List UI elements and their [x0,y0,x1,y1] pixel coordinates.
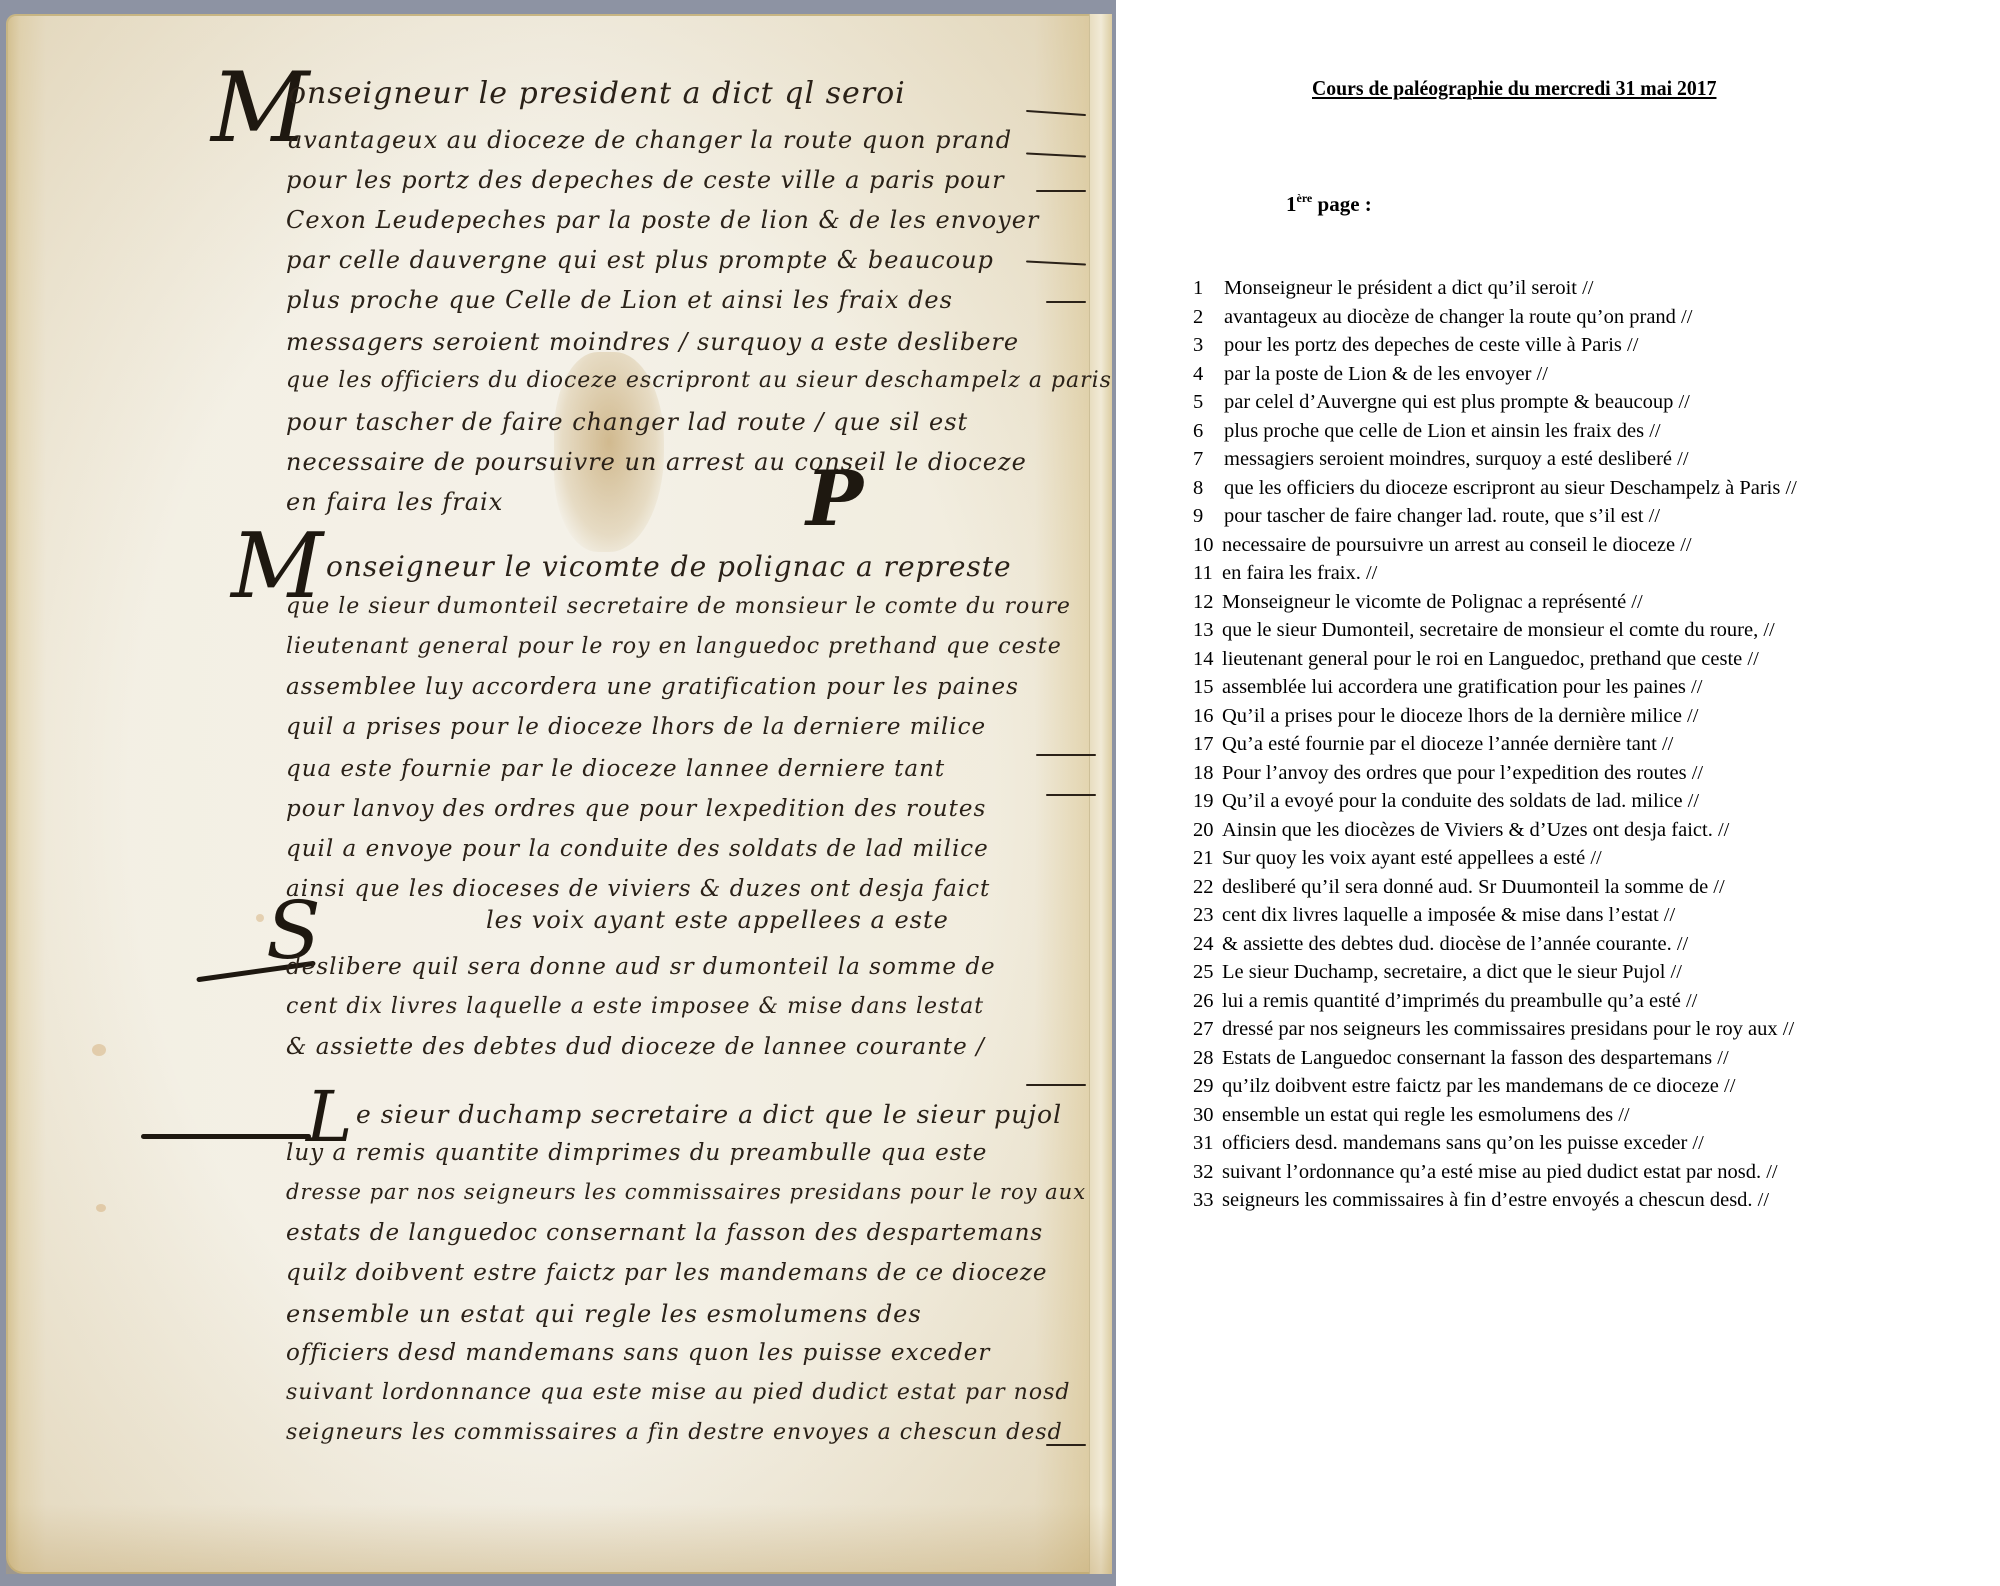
line-text: Pour l’anvoy des ordres que pour l’exped… [1222,762,1703,784]
line-text: Estats de Languedoc consernant la fasson… [1222,1047,1729,1069]
hand-line: pour les portz des depeches de ceste vil… [286,166,1005,194]
hand-line: que le sieur dumonteil secretaire de mon… [286,594,1071,619]
line-text: Qu’il a evoyé pour la conduite des solda… [1222,790,1699,812]
hand-line: quil a prises pour le dioceze lhors de l… [286,714,986,740]
hand-line: par celle dauvergne qui est plus prompte… [286,246,994,274]
transcription-line: 5par celel d’Auvergne qui est plus promp… [1193,388,1797,417]
transcription-line: 29qu’ilz doibvent estre faictz par les m… [1193,1072,1797,1101]
transcription-line: 20Ainsin que les diocèzes de Viviers & d… [1193,816,1797,845]
hand-line: necessaire de poursuivre un arrest au co… [286,448,1027,476]
line-filler-dash [1026,260,1086,265]
transcription-line: 28Estats de Languedoc consernant la fass… [1193,1044,1797,1073]
line-number: 1 [1193,274,1224,303]
hand-line: quilz doibvent estre faictz par les mand… [286,1260,1048,1286]
line-text: lieutenant general pour le roi en Langue… [1222,648,1759,670]
line-text: Monseigneur le président a dict qu’il se… [1224,277,1593,299]
line-text: Sur quoy les voix ayant esté appellees a… [1222,847,1602,869]
line-number: 20 [1193,816,1222,845]
transcription-line: 10necessaire de poursuivre un arrest au … [1193,531,1797,560]
line-number: 23 [1193,901,1222,930]
hand-line: ensemble un estat qui regle les esmolume… [286,1300,922,1328]
hand-line: cent dix livres laquelle a este imposee … [286,994,984,1019]
line-text: avantageux au diocèze de changer la rout… [1224,306,1692,328]
line-text: dressé par nos seigneurs les commissaire… [1222,1018,1794,1040]
transcription-line: 12Monseigneur le vicomte de Polignac a r… [1193,588,1797,617]
hand-line: messagers seroient moindres / surquoy a … [286,328,1019,356]
page-ordinal: ère [1297,191,1313,205]
line-number: 4 [1193,360,1224,389]
hand-line: onseigneur le vicomte de polignac a repr… [326,550,1012,583]
line-text: seigneurs les commissaires à fin d’estre… [1222,1189,1769,1211]
hand-line: lieutenant general pour le roy en langue… [286,634,1062,659]
page-word: page : [1312,192,1372,216]
line-text: Le sieur Duchamp, secretaire, a dict que… [1222,961,1682,983]
transcription-line: 17Qu’a esté fournie par el dioceze l’ann… [1193,730,1797,759]
line-number: 28 [1193,1044,1222,1073]
transcription-line: 26lui a remis quantité d’imprimés du pre… [1193,987,1797,1016]
transcription-line: 9pour tascher de faire changer lad. rout… [1193,502,1797,531]
line-text: necessaire de poursuivre un arrest au co… [1222,534,1692,556]
hand-line: e sieur duchamp secretaire a dict que le… [356,1100,1062,1129]
transcription-line: 6plus proche que celle de Lion et ainsin… [1193,417,1797,446]
line-number: 14 [1193,645,1222,674]
line-text: lui a remis quantité d’imprimés du pream… [1222,990,1697,1012]
line-number: 31 [1193,1129,1222,1158]
line-number: 27 [1193,1015,1222,1044]
line-number: 10 [1193,531,1222,560]
line-text: que le sieur Dumonteil, secretaire de mo… [1222,619,1775,641]
hand-line: plus proche que Celle de Lion et ainsi l… [286,286,953,314]
line-number: 6 [1193,417,1224,446]
transcription-line: 18Pour l’anvoy des ordres que pour l’exp… [1193,759,1797,788]
line-text: assemblée lui accordera une gratificatio… [1222,676,1702,698]
hand-line: suivant lordonnance qua este mise au pie… [286,1380,1070,1405]
line-number: 21 [1193,844,1222,873]
page-bottom-wear [6,1504,1112,1574]
hand-line: Cexon Leudepeches par la poste de lion &… [286,206,1039,234]
hand-line: ainsi que les dioceses de viviers & duze… [286,876,990,902]
line-number: 8 [1193,474,1224,503]
line-text: ensemble un estat qui regle les esmolume… [1222,1104,1630,1126]
line-filler-dash [1026,152,1086,157]
line-number: 26 [1193,987,1222,1016]
foxing-spot [92,1044,106,1056]
hand-line: & assiette des debtes dud dioceze de lan… [286,1034,985,1060]
transcription-line: 15assemblée lui accordera une gratificat… [1193,673,1797,702]
line-number: 33 [1193,1186,1222,1215]
line-text: suivant l’ordonnance qu’a esté mise au p… [1222,1161,1778,1183]
hand-line: onseigneur le president a dict ql seroi [288,76,906,111]
line-text: Qu’a esté fournie par el dioceze l’année… [1222,733,1673,755]
course-title: Cours de paléographie du mercredi 31 mai… [1312,76,1716,101]
line-number: 5 [1193,388,1224,417]
line-filler-dash [1046,794,1096,796]
line-text: en faira les fraix. // [1222,562,1377,584]
line-text: messagiers seroient moindres, surquoy a … [1224,448,1689,470]
line-filler-dash [1026,1084,1086,1086]
hand-line: estats de languedoc consernant la fasson… [286,1220,1043,1246]
transcription-line: 11en faira les fraix. // [1193,559,1797,588]
line-text: pour tascher de faire changer lad. route… [1224,505,1660,527]
hand-line: quil a envoye pour la conduite des solda… [286,836,989,862]
transcription-line: 21Sur quoy les voix ayant esté appellees… [1193,844,1797,873]
transcription-line: 32suivant l’ordonnance qu’a esté mise au… [1193,1158,1797,1187]
transcription-line: 30ensemble un estat qui regle les esmolu… [1193,1101,1797,1130]
line-number: 24 [1193,930,1222,959]
transcription-line: 2avantageux au diocèze de changer la rou… [1193,303,1797,332]
transcription-line: 13que le sieur Dumonteil, secretaire de … [1193,616,1797,645]
transcription-panel: Cours de paléographie du mercredi 31 mai… [1116,0,2000,1586]
line-text: plus proche que celle de Lion et ainsin … [1224,420,1661,442]
manuscript-photo: M M P S L onseigneur le president a dict… [0,0,1116,1586]
line-number: 2 [1193,303,1224,332]
line-number: 13 [1193,616,1222,645]
line-number: 16 [1193,702,1222,731]
transcription-line: 31officiers desd. mandemans sans qu’on l… [1193,1129,1797,1158]
transcription-line: 7messagiers seroient moindres, surquoy a… [1193,445,1797,474]
transcription-line: 33seigneurs les commissaires à fin d’est… [1193,1186,1797,1215]
hand-line: avantageux au dioceze de changer la rout… [288,126,1012,154]
hand-line: les voix ayant este appellees a este [486,906,949,934]
line-text: desliberé qu’il sera donné aud. Sr Duumo… [1222,876,1725,898]
transcription-line: 27dressé par nos seigneurs les commissai… [1193,1015,1797,1044]
transcription-line: 3pour les portz des depeches de ceste vi… [1193,331,1797,360]
page-number: 1 [1286,192,1297,216]
manuscript-page: M M P S L onseigneur le president a dict… [6,14,1112,1574]
transcription-lines: 1Monseigneur le président a dict qu’il s… [1193,274,1797,1215]
line-number: 3 [1193,331,1224,360]
line-number: 25 [1193,958,1222,987]
line-number: 15 [1193,673,1222,702]
transcription-line: 14lieutenant general pour le roi en Lang… [1193,645,1797,674]
line-text: Qu’il a prises pour le dioceze lhors de … [1222,705,1698,727]
line-filler-dash [1036,190,1086,192]
line-number: 30 [1193,1101,1222,1130]
hand-line: officiers desd mandemans sans quon les p… [286,1340,990,1366]
hand-line: luy a remis quantite dimprimes du preamb… [286,1140,987,1166]
line-filler-dash [1036,754,1096,756]
flourish-stroke [141,1134,311,1139]
line-filler-dash [1046,301,1086,303]
line-number: 19 [1193,787,1222,816]
line-text: cent dix livres laquelle a imposée & mis… [1222,904,1675,926]
transcription-line: 25Le sieur Duchamp, secretaire, a dict q… [1193,958,1797,987]
transcription-line: 8que les officiers du dioceze escripront… [1193,474,1797,503]
line-text: Monseigneur le vicomte de Polignac a rep… [1222,591,1643,613]
line-number: 7 [1193,445,1224,474]
transcription-line: 4par la poste de Lion & de les envoyer /… [1193,360,1797,389]
line-number: 17 [1193,730,1222,759]
hand-line: en faira les fraix [286,488,503,516]
line-text: qu’ilz doibvent estre faictz par les man… [1222,1075,1735,1097]
line-text: pour les portz des depeches de ceste vil… [1224,334,1638,356]
page-label: 1ère page : [1286,191,1372,217]
hand-line: pour lanvoy des ordres que pour lexpedit… [286,796,986,822]
foxing-spot [256,914,264,922]
hand-line: que les officiers du dioceze escripront … [286,368,1112,393]
hand-line: seigneurs les commissaires a fin destre … [286,1420,1063,1445]
hand-line: assemblee luy accordera une gratificatio… [286,674,1019,700]
line-text: Ainsin que les diocèzes de Viviers & d’U… [1222,819,1729,841]
hand-line: dresse par nos seigneurs les commissaire… [286,1180,1086,1204]
line-text: que les officiers du dioceze escripront … [1224,477,1797,499]
line-number: 9 [1193,502,1224,531]
line-number: 12 [1193,588,1222,617]
line-text: par celel d’Auvergne qui est plus prompt… [1224,391,1690,413]
hand-line: qua este fournie par le dioceze lannee d… [286,756,945,782]
line-filler-dash [1026,110,1086,116]
transcription-line: 16Qu’il a prises pour le dioceze lhors d… [1193,702,1797,731]
line-number: 32 [1193,1158,1222,1187]
transcription-line: 19Qu’il a evoyé pour la conduite des sol… [1193,787,1797,816]
line-number: 18 [1193,759,1222,788]
transcription-line: 22desliberé qu’il sera donné aud. Sr Duu… [1193,873,1797,902]
line-text: & assiette des debtes dud. diocèse de l’… [1222,933,1688,955]
transcription-line: 1Monseigneur le président a dict qu’il s… [1193,274,1797,303]
hand-line: deslibere quil sera donne aud sr dumonte… [286,954,996,980]
line-text: par la poste de Lion & de les envoyer // [1224,363,1548,385]
transcription-line: 23cent dix livres laquelle a imposée & m… [1193,901,1797,930]
line-number: 11 [1193,559,1222,588]
line-text: officiers desd. mandemans sans qu’on les… [1222,1132,1704,1154]
hand-line: pour tascher de faire changer lad route … [286,408,968,436]
foxing-spot [96,1204,106,1212]
transcription-line: 24& assiette des debtes dud. diocèse de … [1193,930,1797,959]
line-number: 29 [1193,1072,1222,1101]
line-number: 22 [1193,873,1222,902]
line-filler-dash [1046,1444,1086,1446]
